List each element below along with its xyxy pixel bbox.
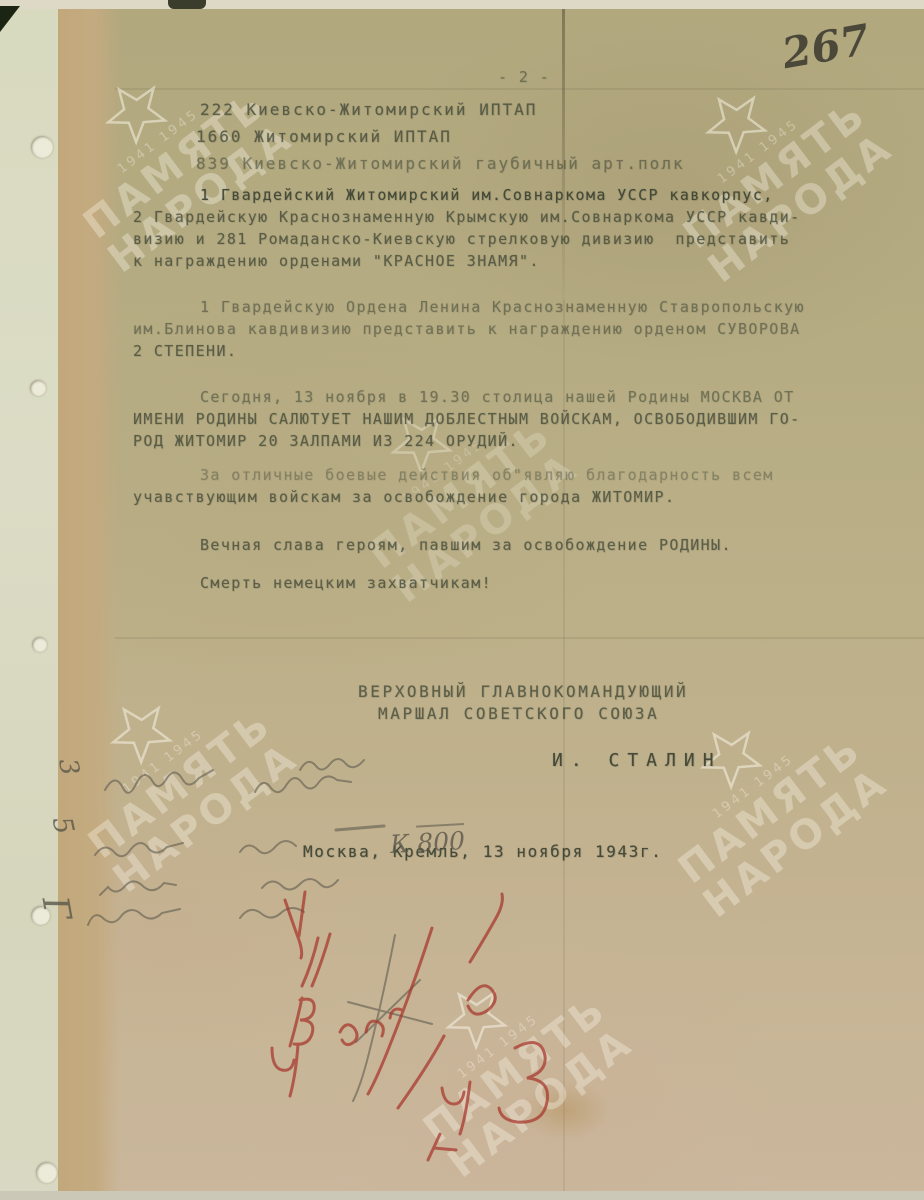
red-pencil-scribbles xyxy=(272,892,548,1160)
typed-line: Сегодня, 13 ноября в 19.30 столица нашей… xyxy=(200,388,795,406)
pencil-note-prefix: К xyxy=(389,829,410,859)
typed-line-unit: 222 Киевско-Житомирский ИПТАП xyxy=(200,100,537,119)
paper-stain xyxy=(520,1080,610,1140)
scan-top-edge xyxy=(0,0,924,9)
memory-of-the-people-watermark: 1941 1945 ПАМЯТЬ НАРОДА xyxy=(361,919,650,1192)
binder-backing-strip xyxy=(0,9,58,1200)
typed-slogan: Смерть немецким захватчикам! xyxy=(200,574,492,592)
watermark-title: ПАМЯТЬ xyxy=(662,720,879,898)
pencil-note: К 800 xyxy=(389,826,465,859)
typed-page-label: - 2 - xyxy=(498,68,550,86)
horizontal-crease-middle xyxy=(115,637,924,639)
typed-line: им.Блинова кавдивизию представить к нагр… xyxy=(133,320,801,338)
typed-line: За отличные боевые действия об"являю бла… xyxy=(200,466,774,484)
typed-line: 2 СТЕПЕНИ. xyxy=(133,342,237,360)
typed-line: 2 Гвардейскую Краснознаменную Крымскую и… xyxy=(133,208,801,226)
archive-page-number: 267 xyxy=(778,15,873,78)
punch-hole xyxy=(31,136,53,158)
watermark-title: НАРОДА xyxy=(687,754,904,932)
punch-hole xyxy=(36,1162,57,1183)
typed-line-unit: 1660 Житомирский ИПТАП xyxy=(196,127,452,146)
typed-line-unit: 839 Киевско-Житомирский гаубичный арт.по… xyxy=(196,154,685,173)
pencil-note-number: 800 xyxy=(416,823,465,857)
typed-line: РОД ЖИТОМИР 20 ЗАЛПАМИ ИЗ 224 ОРУДИЙ. xyxy=(133,432,519,450)
scan-edge-tear xyxy=(168,0,206,9)
watermark-title: НАРОДА xyxy=(97,729,314,907)
punch-hole xyxy=(32,637,47,652)
typed-signature-title: МАРШАЛ СОВЕТСКОГО СОЮЗА xyxy=(378,704,659,723)
punch-hole xyxy=(30,380,46,396)
vertical-crease-lower xyxy=(563,300,565,1191)
typed-line: 1 Гвардейский Житомирский им.Совнаркома … xyxy=(200,186,774,204)
typed-signature-title: ВЕРХОВНЫЙ ГЛАВНОКОМАНДУЮЩИЙ xyxy=(358,682,688,701)
typed-line: 1 Гвардейскую Ордена Ленина Краснознамен… xyxy=(200,298,805,316)
watermark-years: 1941 1945 xyxy=(658,74,859,230)
typed-line: визию и 281 Ромаданско-Киевскую стрелков… xyxy=(133,230,790,248)
typed-line: учавствующим войскам за освобождение гор… xyxy=(133,488,675,506)
grey-pencil-scribbles xyxy=(88,759,432,1101)
watermark-years: 1941 1945 xyxy=(653,709,854,865)
scanned-document-page: 1941 1945 ПАМЯТЬ НАРОДА 1941 1945 ПАМЯТЬ… xyxy=(0,0,924,1200)
handwritten-scribbles xyxy=(0,0,924,1200)
typed-slogan: Вечная слава героям, павшим за освобожде… xyxy=(200,536,732,554)
typed-signature-name: И. СТАЛИН xyxy=(552,750,722,771)
horizontal-crease-top xyxy=(115,88,924,90)
typed-line: ИМЕНИ РОДИНЫ САЛЮТУЕТ НАШИМ ДОБЛЕСТНЫМ В… xyxy=(133,410,801,428)
scan-bottom-edge xyxy=(0,1191,924,1200)
typed-dateline: Москва, Кремль, 13 ноября 1943г. xyxy=(303,842,662,861)
typed-line: к награждению орденами "КРАСНОЕ ЗНАМЯ". xyxy=(133,252,540,270)
paper-fold-edge xyxy=(58,9,120,1200)
